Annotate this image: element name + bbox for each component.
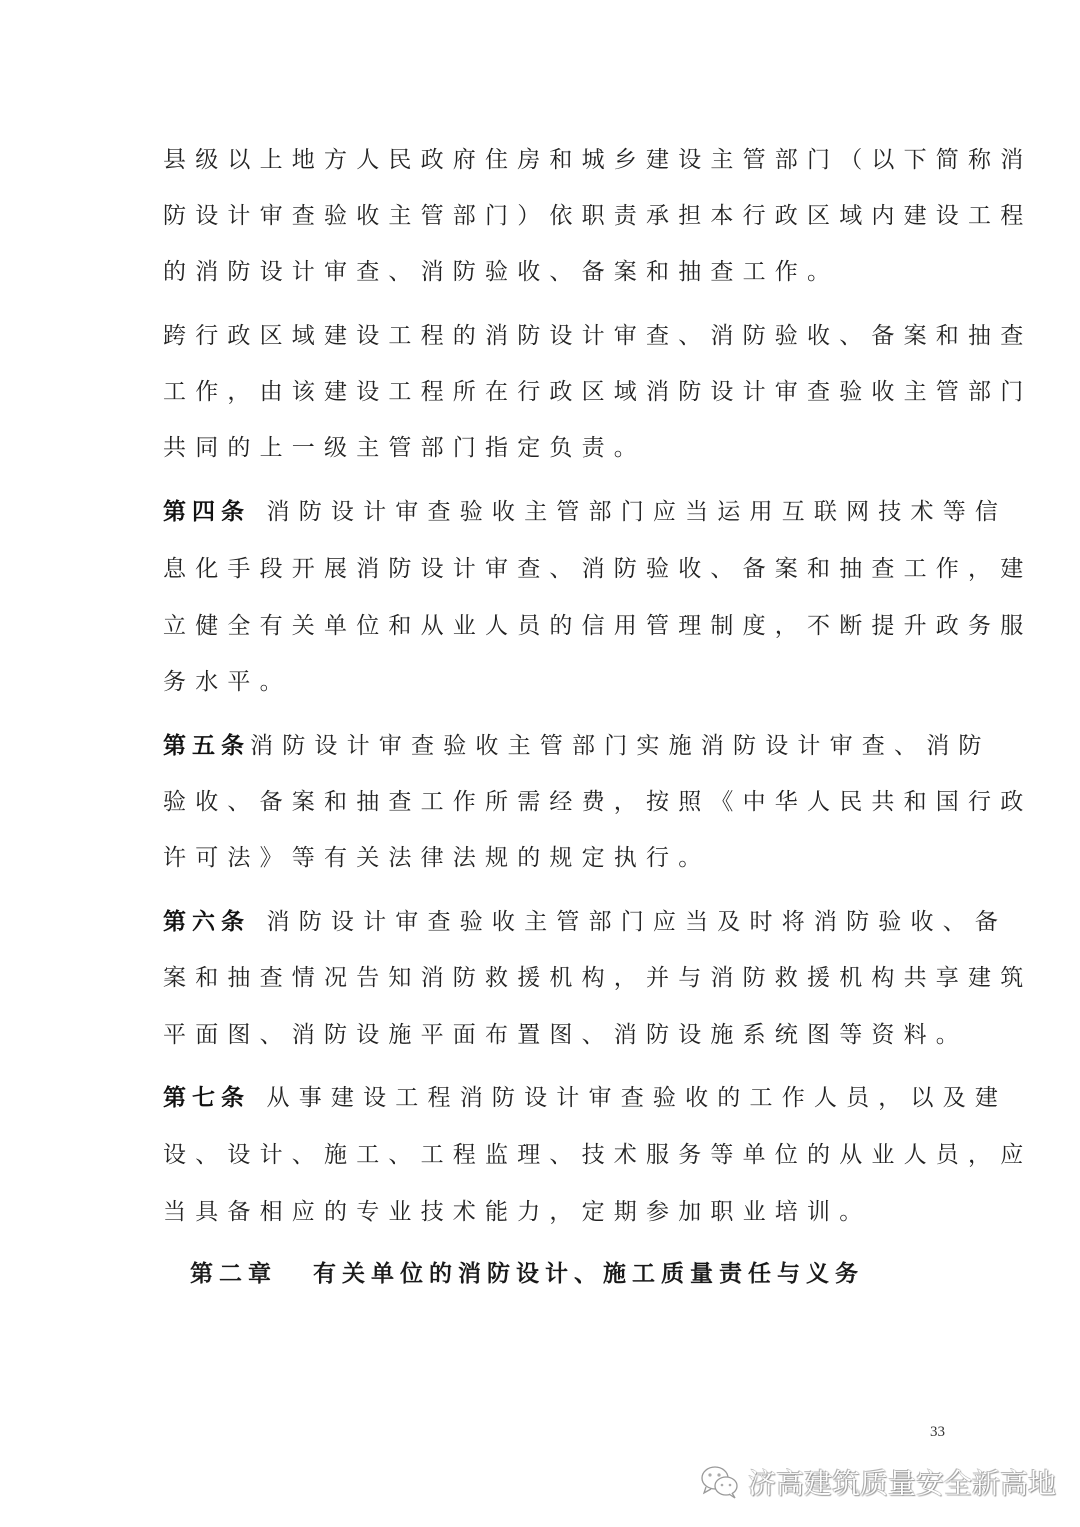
line-text: 务水平。 [163, 669, 292, 695]
article-label: 第六条 [163, 909, 250, 935]
text-line: 防设计审查验收主管部门）依职责承担本行政区域内建设工程 [163, 196, 913, 236]
line-text: 当具备相应的专业技术能力，定期参加职业培训。 [163, 1199, 871, 1225]
line-text: 案和抽查情况告知消防救援机构，并与消防救援机构共享建筑 [163, 965, 1032, 991]
text-line: 共同的上一级主管部门指定负责。 [163, 428, 913, 468]
line-text: 消防设计审查验收主管部门应当及时将消防验收、备 [250, 909, 1007, 935]
text-line: 息化手段开展消防设计审查、消防验收、备案和抽查工作，建 [163, 549, 913, 589]
line-text: 从事建设工程消防设计审查验收的工作人员，以及建 [250, 1085, 1007, 1111]
text-line: 许可法》等有关法律法规的规定执行。 [163, 838, 913, 878]
line-text: 工作，由该建设工程所在行政区域消防设计审查验收主管部门 [163, 379, 1032, 405]
line-text: 立健全有关单位和从业人员的信用管理制度，不断提升政务服 [163, 613, 1032, 639]
text-line: 验收、备案和抽查工作所需经费，按照《中华人民共和国行政 [163, 782, 913, 822]
text-line: 案和抽查情况告知消防救援机构，并与消防救援机构共享建筑 [163, 958, 913, 998]
text-line: 第五条消防设计审查验收主管部门实施消防设计审查、消防 [163, 726, 913, 766]
text-line: 第七条 从事建设工程消防设计审查验收的工作人员，以及建 [163, 1078, 913, 1118]
watermark: 济高建筑质量安全新高地 [700, 1460, 1056, 1504]
article-label: 第七条 [163, 1085, 250, 1111]
text-line: 工作，由该建设工程所在行政区域消防设计审查验收主管部门 [163, 372, 913, 412]
line-text: 共同的上一级主管部门指定负责。 [163, 435, 646, 461]
text-line: 当具备相应的专业技术能力，定期参加职业培训。 [163, 1192, 913, 1232]
line-text: 的消防设计审查、消防验收、备案和抽查工作。 [163, 259, 839, 285]
text-line: 立健全有关单位和从业人员的信用管理制度，不断提升政务服 [163, 606, 913, 646]
chapter-number: 第二章 [190, 1261, 277, 1287]
text-line: 跨行政区域建设工程的消防设计审查、消防验收、备案和抽查 [163, 316, 913, 356]
article-label: 第四条 [163, 499, 250, 525]
document-page: 县级以上地方人民政府住房和城乡建设主管部门（以下简称消 防设计审查验收主管部门）… [0, 0, 1080, 1527]
text-line: 第六条 消防设计审查验收主管部门应当及时将消防验收、备 [163, 902, 913, 942]
text-line: 的消防设计审查、消防验收、备案和抽查工作。 [163, 252, 913, 292]
wechat-icon [700, 1465, 740, 1499]
text-line: 平面图、消防设施平面布置图、消防设施系统图等资料。 [163, 1015, 913, 1055]
text-line: 第四条 消防设计审查验收主管部门应当运用互联网技术等信 [163, 492, 913, 532]
article-label: 第五条 [163, 733, 250, 759]
line-text: 验收、备案和抽查工作所需经费，按照《中华人民共和国行政 [163, 789, 1032, 815]
line-text: 平面图、消防设施平面布置图、消防设施系统图等资料。 [163, 1022, 968, 1048]
line-text: 许可法》等有关法律法规的规定执行。 [163, 845, 710, 871]
line-text: 县级以上地方人民政府住房和城乡建设主管部门（以下简称消 [163, 147, 1032, 173]
line-text: 消防设计审查验收主管部门应当运用互联网技术等信 [250, 499, 1007, 525]
text-line: 务水平。 [163, 662, 913, 702]
line-text: 设、设计、施工、工程监理、技术服务等单位的从业人员，应 [163, 1142, 1032, 1168]
line-text: 防设计审查验收主管部门）依职责承担本行政区域内建设工程 [163, 203, 1032, 229]
chapter-title: 有关单位的消防设计、施工质量责任与义务 [313, 1261, 864, 1287]
watermark-text: 济高建筑质量安全新高地 [748, 1462, 1056, 1502]
text-line: 设、设计、施工、工程监理、技术服务等单位的从业人员，应 [163, 1135, 913, 1175]
text-line: 县级以上地方人民政府住房和城乡建设主管部门（以下简称消 [163, 140, 913, 180]
line-text: 消防设计审查验收主管部门实施消防设计审查、消防 [250, 733, 991, 759]
line-text: 跨行政区域建设工程的消防设计审查、消防验收、备案和抽查 [163, 323, 1032, 349]
page-number: 33 [930, 1424, 945, 1441]
chapter-heading: 第二章 有关单位的消防设计、施工质量责任与义务 [190, 1254, 864, 1294]
line-text: 息化手段开展消防设计审查、消防验收、备案和抽查工作，建 [163, 556, 1032, 582]
